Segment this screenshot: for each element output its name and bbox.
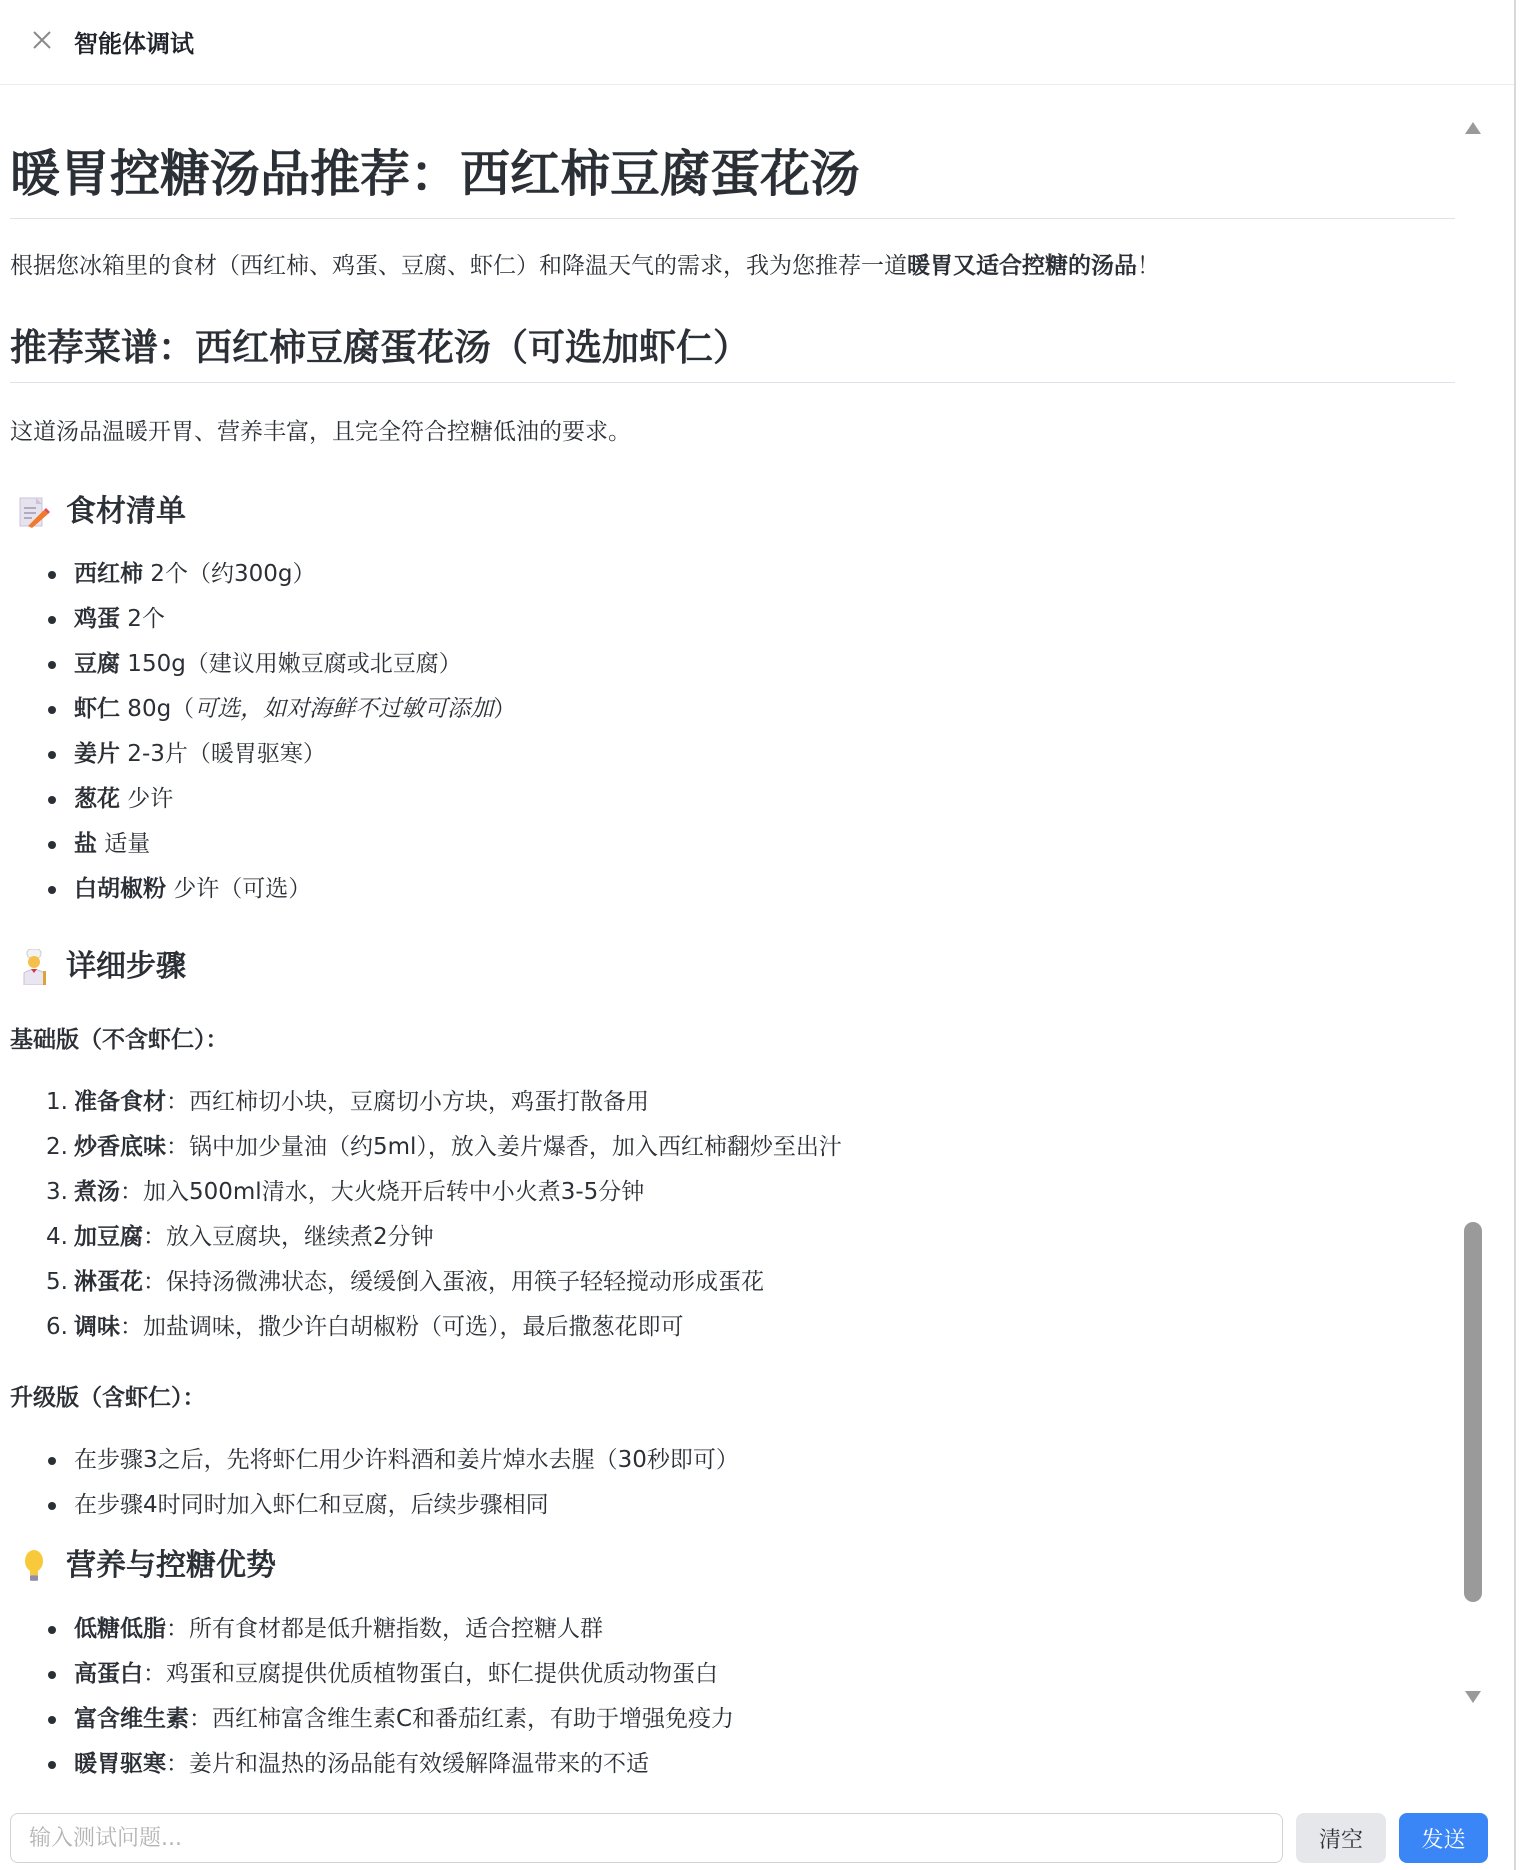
ingredients-heading-text: 食材清单: [66, 490, 186, 534]
list-item: 姜片 2-3片（暖胃驱寒）: [10, 732, 516, 777]
send-button[interactable]: 发送: [1399, 1813, 1488, 1863]
scroll-up-arrow-icon[interactable]: [1465, 122, 1481, 134]
memo-icon: [18, 494, 50, 530]
step-item: 4.加豆腐：放入豆腐块，继续煮2分钟: [10, 1215, 842, 1260]
step-item: 3.煮汤：加入500ml清水，大火烧开后转中小火煮3-5分钟: [10, 1170, 842, 1215]
recipe-description: 这道汤品温暖开胃、营养丰富，且完全符合控糖低油的要求。: [10, 414, 631, 450]
question-input-box[interactable]: [10, 1813, 1283, 1863]
intro-tail: ！: [1137, 253, 1160, 279]
list-item: 虾仁 80g（可选，如对海鲜不过敏可添加）: [10, 687, 516, 732]
panel-header: 智能体调试: [0, 0, 1514, 85]
upgrade-steps-list: 在步骤3之后，先将虾仁用少许料酒和姜片焯水去腥（30秒即可） 在步骤4时同时加入…: [10, 1438, 739, 1528]
list-item: 鸡蛋 2个: [10, 597, 516, 642]
step-item: 5.淋蛋花：保持汤微沸状态，缓缓倒入蛋液，用筷子轻轻搅动形成蛋花: [10, 1260, 842, 1305]
steps-heading-text: 详细步骤: [66, 945, 186, 989]
chat-response-area: 暖胃控糖汤品推荐：西红柿豆腐蛋花汤 根据您冰箱里的食材（西红柿、鸡蛋、豆腐、虾仁…: [10, 84, 1455, 1784]
steps-heading: 详细步骤: [10, 945, 186, 989]
step-item: 6.调味：加盐调味，撒少许白胡椒粉（可选），最后撒葱花即可: [10, 1305, 842, 1350]
panel-title: 智能体调试: [74, 24, 194, 59]
list-item: 在步骤3之后，先将虾仁用少许料酒和姜片焯水去腥（30秒即可）: [10, 1438, 739, 1483]
step-item: 2.炒香底味：锅中加少量油（约5ml），放入姜片爆香，加入西红柿翻炒至出汁: [10, 1125, 842, 1170]
benefits-heading: 营养与控糖优势: [10, 1544, 276, 1588]
upgrade-version-title: 升级版（含虾仁）：: [10, 1380, 206, 1416]
intro-paragraph: 根据您冰箱里的食材（西红柿、鸡蛋、豆腐、虾仁）和降温天气的需求，我为您推荐一道暖…: [10, 248, 1160, 284]
list-item: 豆腐 150g（建议用嫩豆腐或北豆腐）: [10, 642, 516, 687]
list-item: 高蛋白：鸡蛋和豆腐提供优质植物蛋白，虾仁提供优质动物蛋白: [10, 1652, 734, 1697]
ingredients-list: 西红柿 2个（约300g） 鸡蛋 2个 豆腐 150g（建议用嫩豆腐或北豆腐） …: [10, 552, 516, 912]
step-item: 1.准备食材：西红柿切小块，豆腐切小方块，鸡蛋打散备用: [10, 1080, 842, 1125]
list-item: 富含维生素：西红柿富含维生素C和番茄红素，有助于增强免疫力: [10, 1697, 734, 1742]
close-icon[interactable]: [30, 28, 54, 52]
divider: [10, 218, 1455, 219]
basic-version-title: 基础版（不含虾仁）：: [10, 1022, 229, 1058]
basic-steps-list: 1.准备食材：西红柿切小块，豆腐切小方块，鸡蛋打散备用 2.炒香底味：锅中加少量…: [10, 1080, 842, 1350]
intro-bold: 暖胃又适合控糖的汤品: [907, 253, 1137, 279]
agent-debug-panel: 智能体调试 暖胃控糖汤品推荐：西红柿豆腐蛋花汤 根据您冰箱里的食材（西红柿、鸡蛋…: [0, 0, 1516, 1870]
question-input[interactable]: [11, 1814, 1282, 1862]
benefits-list: 低糖低脂：所有食材都是低升糖指数，适合控糖人群 高蛋白：鸡蛋和豆腐提供优质植物蛋…: [10, 1607, 734, 1784]
list-item: 西红柿 2个（约300g）: [10, 552, 516, 597]
benefits-heading-text: 营养与控糖优势: [66, 1544, 276, 1588]
cook-icon: [18, 949, 50, 985]
clear-button[interactable]: 清空: [1296, 1813, 1386, 1863]
list-item: 盐 适量: [10, 822, 516, 867]
list-item: 葱花 少许: [10, 777, 516, 822]
recipe-heading: 推荐菜谱：西红柿豆腐蛋花汤（可选加虾仁）: [10, 322, 750, 374]
scroll-down-arrow-icon[interactable]: [1465, 1691, 1481, 1703]
list-item: 白胡椒粉 少许（可选）: [10, 867, 516, 912]
list-item: 在步骤4时同时加入虾仁和豆腐，后续步骤相同: [10, 1483, 739, 1528]
scrollbar-thumb[interactable]: [1464, 1222, 1482, 1602]
divider: [10, 382, 1455, 383]
intro-text: 根据您冰箱里的食材（西红柿、鸡蛋、豆腐、虾仁）和降温天气的需求，我为您推荐一道: [10, 253, 907, 279]
light-bulb-icon: [18, 1548, 50, 1584]
list-item: 暖胃驱寒：姜片和温热的汤品能有效缓解降温带来的不适: [10, 1742, 734, 1784]
list-item: 低糖低脂：所有食材都是低升糖指数，适合控糖人群: [10, 1607, 734, 1652]
ingredients-heading: 食材清单: [10, 490, 186, 534]
article-title: 暖胃控糖汤品推荐：西红柿豆腐蛋花汤: [10, 142, 1455, 206]
